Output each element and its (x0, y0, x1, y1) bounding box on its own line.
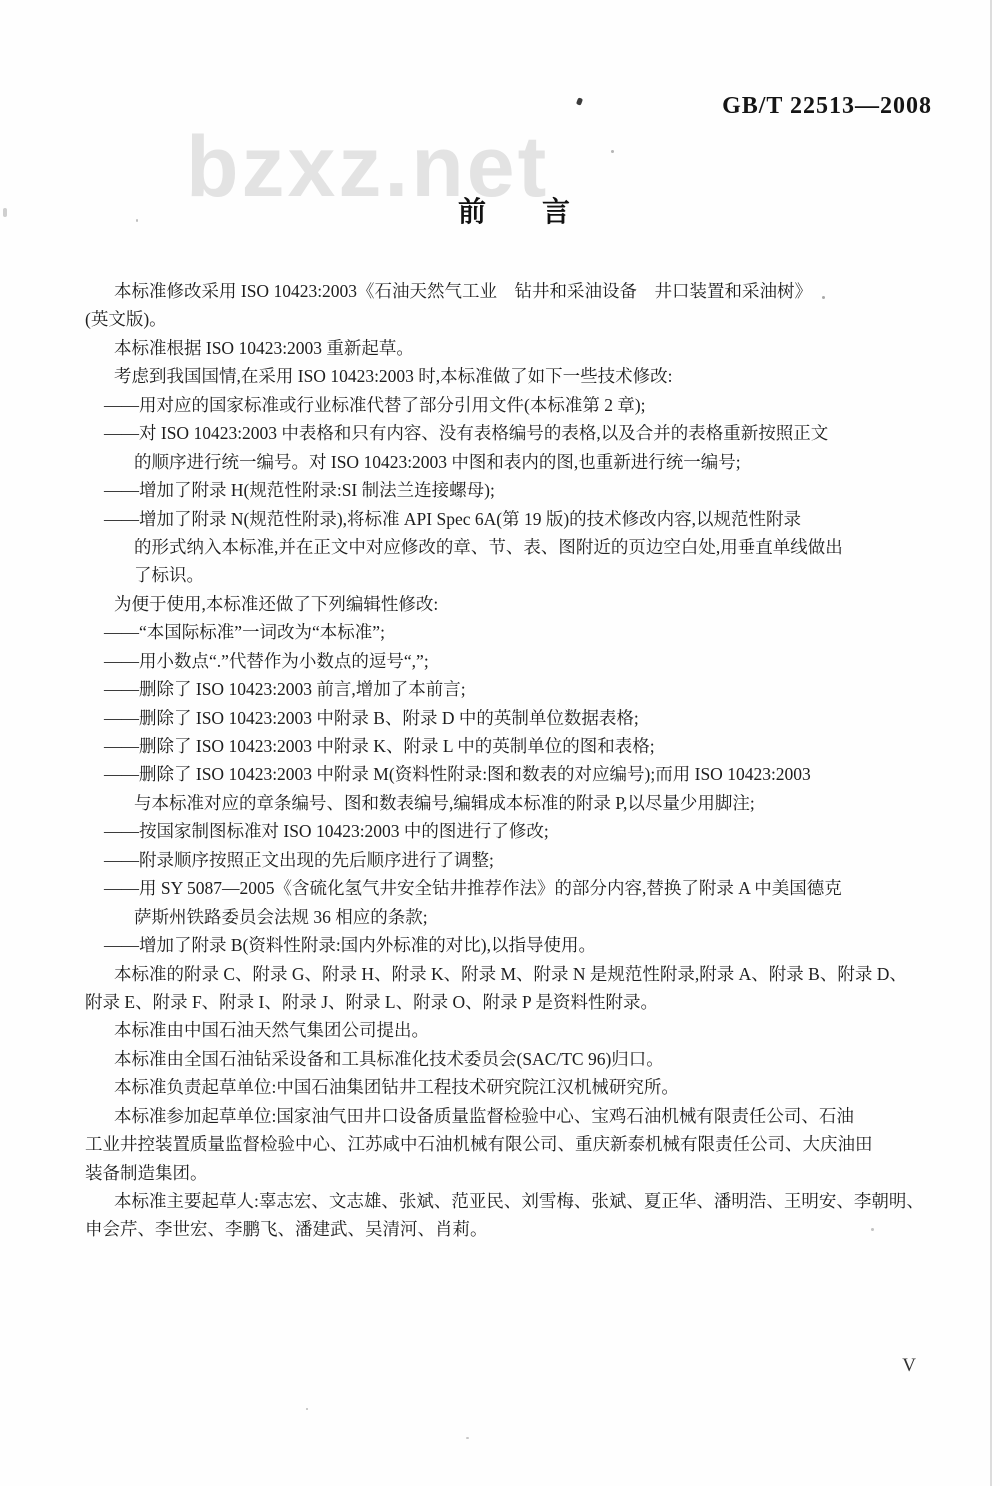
page-title: 前 言 (0, 190, 1000, 230)
scan-speck (136, 219, 138, 222)
text-line: ——删除了 ISO 10423:2003 中附录 K、附录 L 中的英制单位的图… (85, 732, 937, 760)
scan-speck (611, 150, 614, 153)
text-line: ——删除了 ISO 10423:2003 前言,增加了本前言; (85, 675, 937, 703)
text-line: 的顺序进行统一编号。对 ISO 10423:2003 中图和表内的图,也重新进行… (85, 448, 937, 476)
text-line: ——“本国际标准”一词改为“本标准”; (85, 618, 937, 646)
scan-speck (871, 1228, 874, 1231)
document-page: GB/T 22513—2008 bzxz.net 前 言 本标准修改采用 ISO… (0, 0, 1000, 1486)
text-line: (英文版)。 (85, 305, 937, 333)
text-line: ——增加了附录 B(资料性附录:国内外标准的对比),以指导使用。 (85, 931, 937, 959)
text-line: 本标准由中国石油天然气集团公司提出。 (85, 1016, 937, 1044)
text-line: 为便于使用,本标准还做了下列编辑性修改: (85, 590, 937, 618)
text-line: ——用 SY 5087—2005《含硫化氢气井安全钻井推荐作法》的部分内容,替换… (85, 874, 937, 902)
text-line: ——对 ISO 10423:2003 中表格和只有内容、没有表格编号的表格,以及… (85, 419, 937, 447)
text-line: ——用对应的国家标准或行业标准代替了部分引用文件(本标准第 2 章); (85, 391, 937, 419)
text-line: 附录 E、附录 F、附录 I、附录 J、附录 L、附录 O、附录 P 是资料性附… (85, 988, 937, 1016)
foreword-body: 本标准修改采用 ISO 10423:2003《石油天然气工业 钻井和采油设备 井… (85, 277, 937, 1244)
text-line: 本标准由全国石油钻采设备和工具标准化技术委员会(SAC/TC 96)归口。 (85, 1045, 937, 1073)
scan-speck (3, 208, 7, 217)
text-line: ——删除了 ISO 10423:2003 中附录 B、附录 D 中的英制单位数据… (85, 704, 937, 732)
text-line: ——用小数点“.”代替作为小数点的逗号“,”; (85, 647, 937, 675)
scan-speck (576, 97, 583, 105)
text-line: 本标准参加起草单位:国家油气田井口设备质量监督检验中心、宝鸡石油机械有限责任公司… (85, 1102, 937, 1130)
text-line: ——按国家制图标准对 ISO 10423:2003 中的图进行了修改; (85, 817, 937, 845)
scan-speck (306, 1408, 308, 1410)
text-line: 本标准主要起草人:辜志宏、文志雄、张斌、范亚民、刘雪梅、张斌、夏正华、潘明浩、王… (85, 1187, 937, 1215)
text-line: ——增加了附录 N(规范性附录),将标准 API Spec 6A(第 19 版)… (85, 505, 937, 533)
text-line: ——附录顺序按照正文出现的先后顺序进行了调整; (85, 846, 937, 874)
text-line: 工业井控装置质量监督检验中心、江苏咸中石油机械有限公司、重庆新泰机械有限责任公司… (85, 1130, 937, 1158)
text-line: 与本标准对应的章条编号、图和数表编号,编辑成本标准的附录 P,以尽量少用脚注; (85, 789, 937, 817)
text-line: 本标准修改采用 ISO 10423:2003《石油天然气工业 钻井和采油设备 井… (85, 277, 937, 305)
text-line: 萨斯州铁路委员会法规 36 相应的条款; (85, 903, 937, 931)
text-line: 本标准的附录 C、附录 G、附录 H、附录 K、附录 M、附录 N 是规范性附录… (85, 960, 937, 988)
text-line: 本标准根据 ISO 10423:2003 重新起草。 (85, 334, 937, 362)
text-line: 装备制造集团。 (85, 1159, 937, 1187)
text-line: ——增加了附录 H(规范性附录:SI 制法兰连接螺母); (85, 476, 937, 504)
standard-number: GB/T 22513—2008 (722, 93, 932, 120)
text-line: 申会芹、李世宏、李鹏飞、潘建武、吴清河、肖莉。 (85, 1215, 937, 1243)
page-number: V (902, 1355, 916, 1377)
text-line: 本标准负责起草单位:中国石油集团钻井工程技术研究院江汉机械研究所。 (85, 1073, 937, 1101)
text-line: ——删除了 ISO 10423:2003 中附录 M(资料性附录:图和数表的对应… (85, 760, 937, 788)
scan-speck (822, 296, 825, 299)
text-line: 了标识。 (85, 561, 937, 589)
scan-speck (466, 1437, 469, 1439)
text-line: 的形式纳入本标准,并在正文中对应修改的章、节、表、图附近的页边空白处,用垂直单线… (85, 533, 937, 561)
text-line: 考虑到我国国情,在采用 ISO 10423:2003 时,本标准做了如下一些技术… (85, 362, 937, 390)
